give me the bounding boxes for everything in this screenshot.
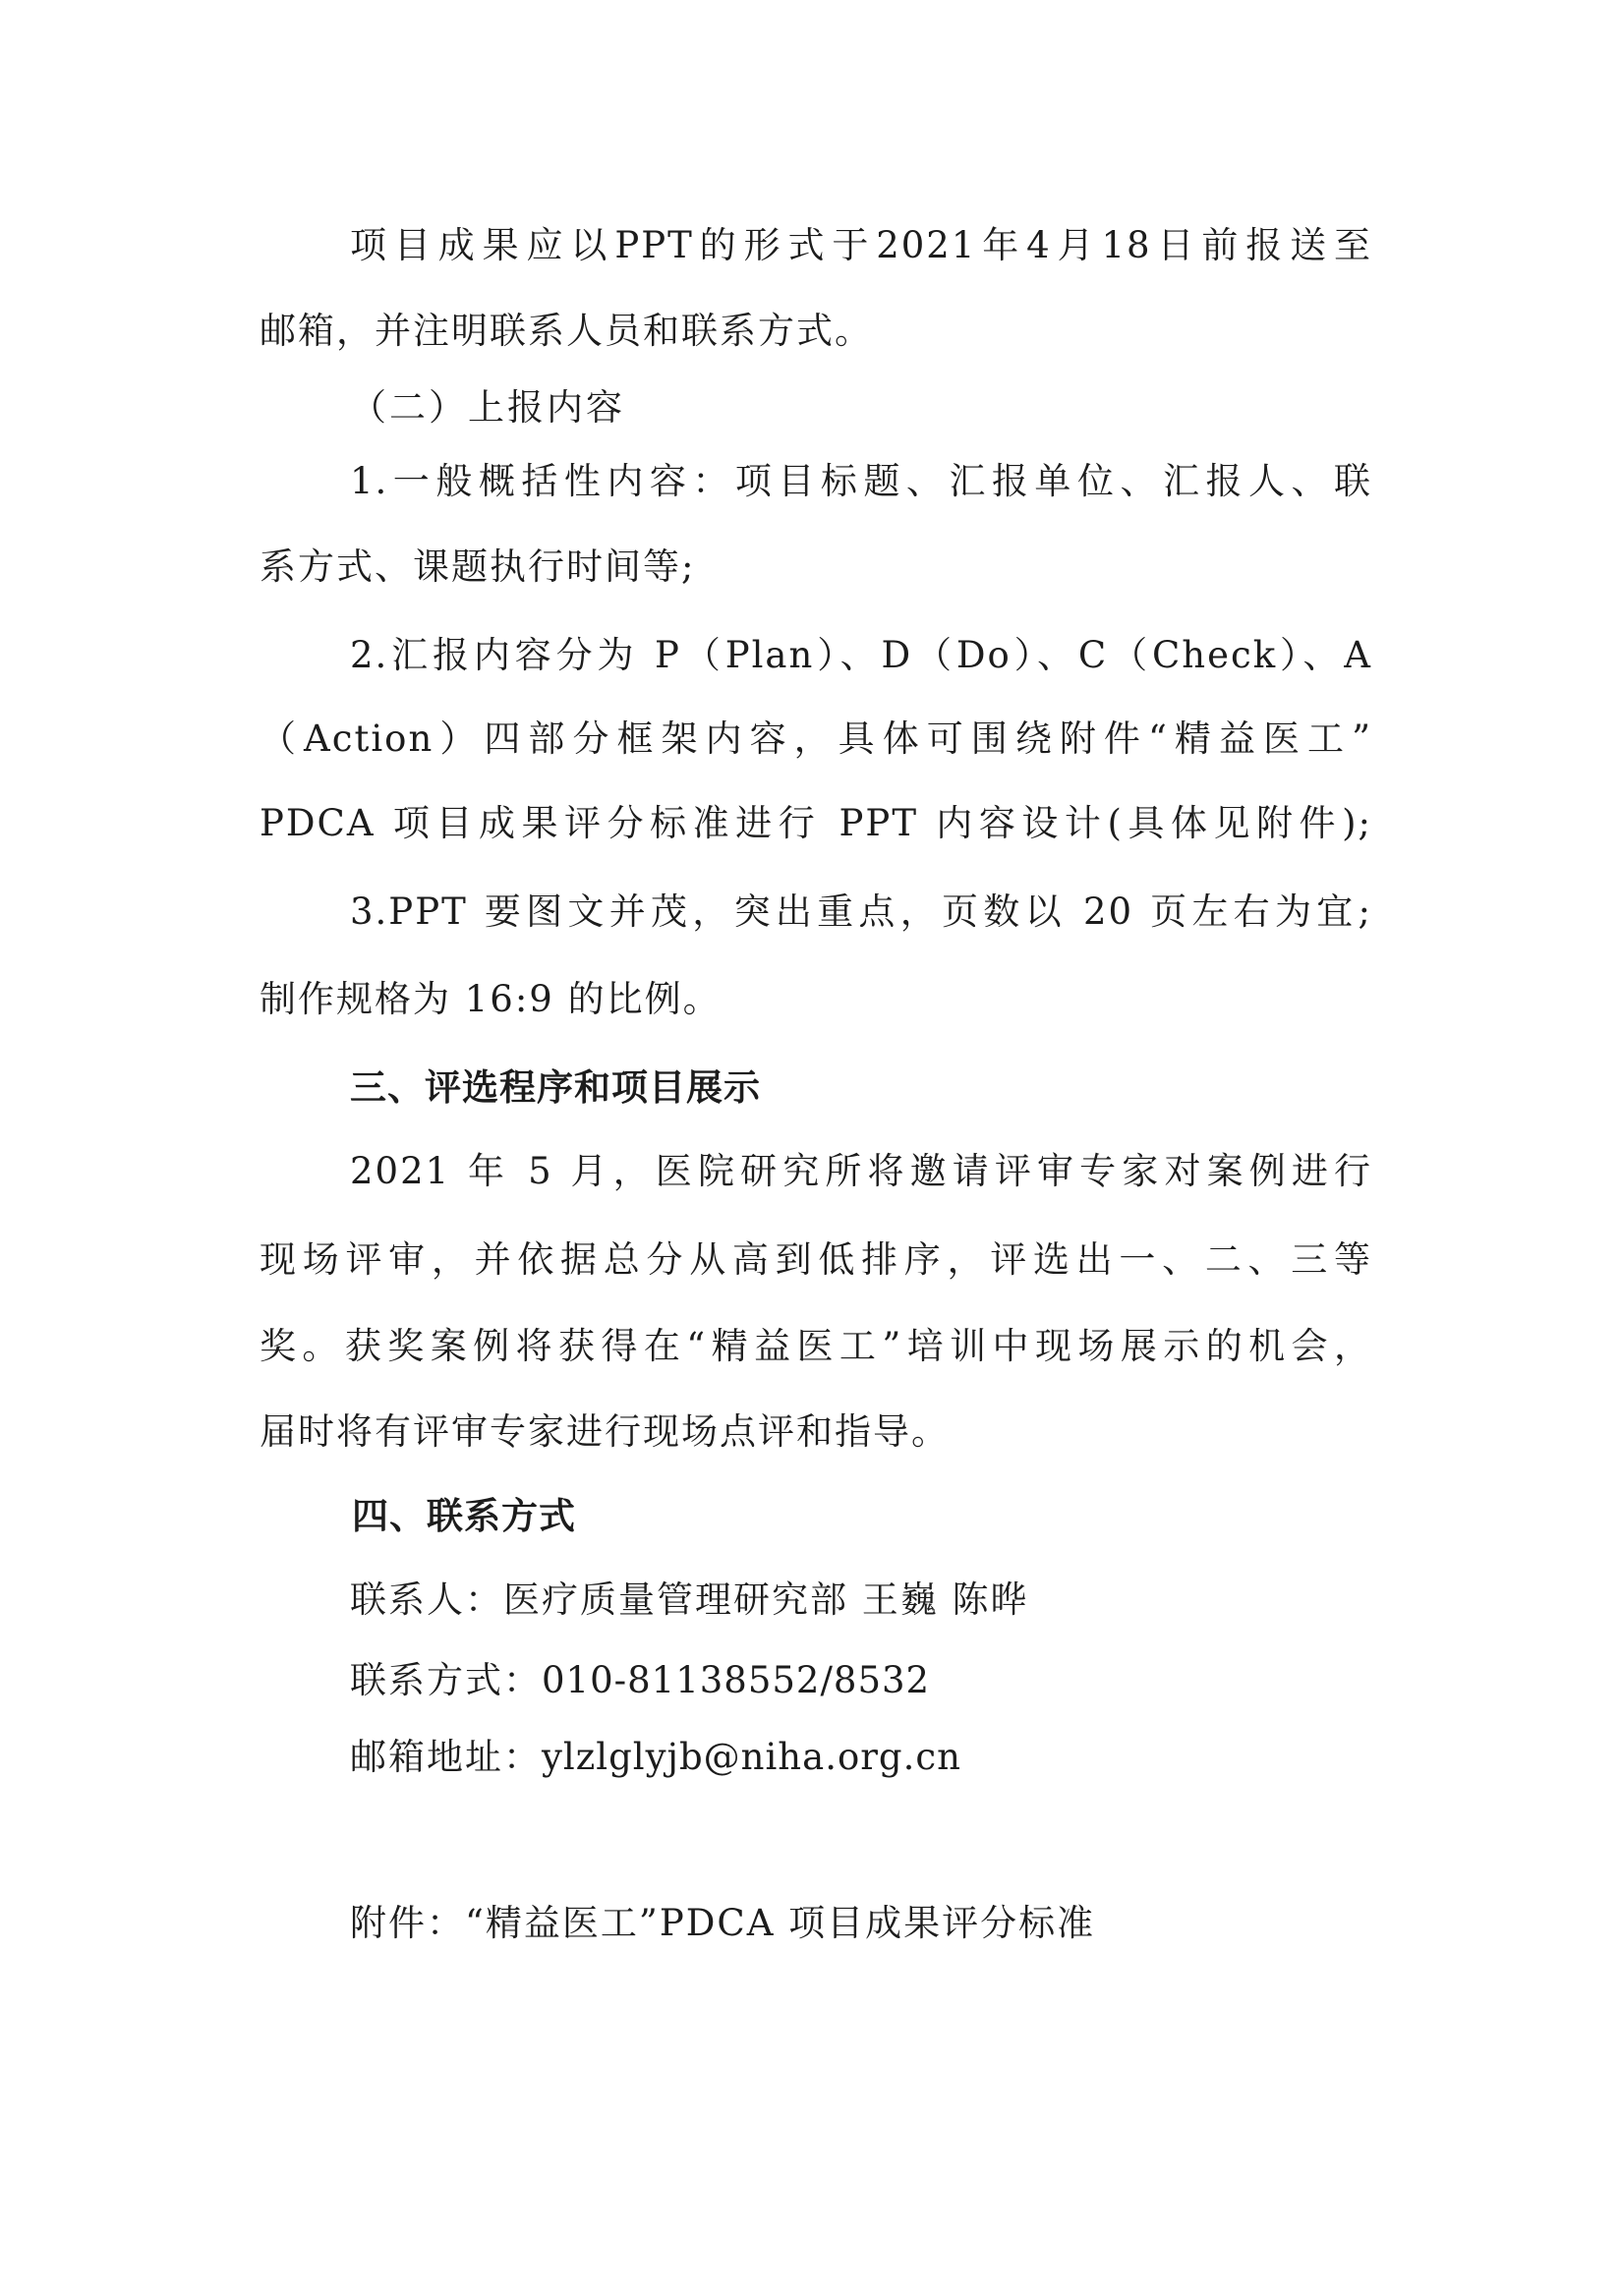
item-3-line-2: 制作规格为 16:9 的比例。 xyxy=(260,970,722,1029)
document-page: 项目成果应以PPT的形式于2021年4月18日前报送至 邮箱，并注明联系人员和联… xyxy=(0,0,1620,2296)
section-review-procedure-heading: 三、评选程序和项目展示 xyxy=(350,1059,761,1118)
submission-paragraph-line-1: 项目成果应以PPT的形式于2021年4月18日前报送至 xyxy=(350,216,1372,275)
contact-email-label: 邮箱地址： xyxy=(350,1736,542,1778)
section-report-content-heading: （二）上报内容 xyxy=(350,378,625,437)
review-paragraph-line-1: 2021 年 5 月，医院研究所将邀请评审专家对案例进行 xyxy=(350,1142,1372,1201)
attachment-row: 附件：“精益医工”PDCA 项目成果评分标准 xyxy=(350,1894,1095,1953)
review-paragraph-line-3: 奖。获奖案例将获得在“精益医工”培训中现场展示的机会， xyxy=(260,1317,1372,1376)
contact-email-value: ylzlglyjb@niha.org.cn xyxy=(542,1736,961,1778)
item-1-line-1: 1.一般概括性内容：项目标题、汇报单位、汇报人、联 xyxy=(350,452,1372,511)
item-1-line-2: 系方式、课题执行时间等; xyxy=(260,538,695,597)
contact-email-row: 邮箱地址：ylzlglyjb@niha.org.cn xyxy=(350,1728,961,1787)
review-paragraph-line-4: 届时将有评审专家进行现场点评和指导。 xyxy=(260,1403,950,1462)
attachment-value: “精益医工”PDCA 项目成果评分标准 xyxy=(465,1902,1095,1944)
section-contact-heading: 四、联系方式 xyxy=(352,1487,576,1546)
review-paragraph-line-2: 现场评审，并依据总分从高到低排序，评选出一、二、三等 xyxy=(260,1231,1372,1290)
contact-person-row: 联系人：医疗质量管理研究部 王巍 陈晔 xyxy=(350,1571,1029,1630)
submission-paragraph-line-2: 邮箱，并注明联系人员和联系方式。 xyxy=(260,302,873,361)
attachment-label: 附件： xyxy=(350,1902,465,1944)
item-2-line-3: PDCA 项目成果评分标准进行 PPT 内容设计(具体见附件); xyxy=(260,794,1372,853)
contact-phone-label: 联系方式： xyxy=(350,1659,542,1701)
item-3-line-1: 3.PPT 要图文并茂，突出重点，页数以 20 页左右为宜; xyxy=(350,883,1372,942)
contact-phone-value: 010-81138552/8532 xyxy=(542,1659,930,1701)
item-2-line-2: （Action）四部分框架内容，具体可围绕附件“精益医工” xyxy=(260,710,1372,769)
item-2-line-1: 2.汇报内容分为 P（Plan）、D（Do）、C（Check）、A xyxy=(350,626,1372,685)
contact-person-label: 联系人： xyxy=(350,1578,503,1621)
contact-phone-row: 联系方式：010-81138552/8532 xyxy=(350,1651,930,1710)
contact-person-value: 医疗质量管理研究部 王巍 陈晔 xyxy=(503,1578,1029,1621)
